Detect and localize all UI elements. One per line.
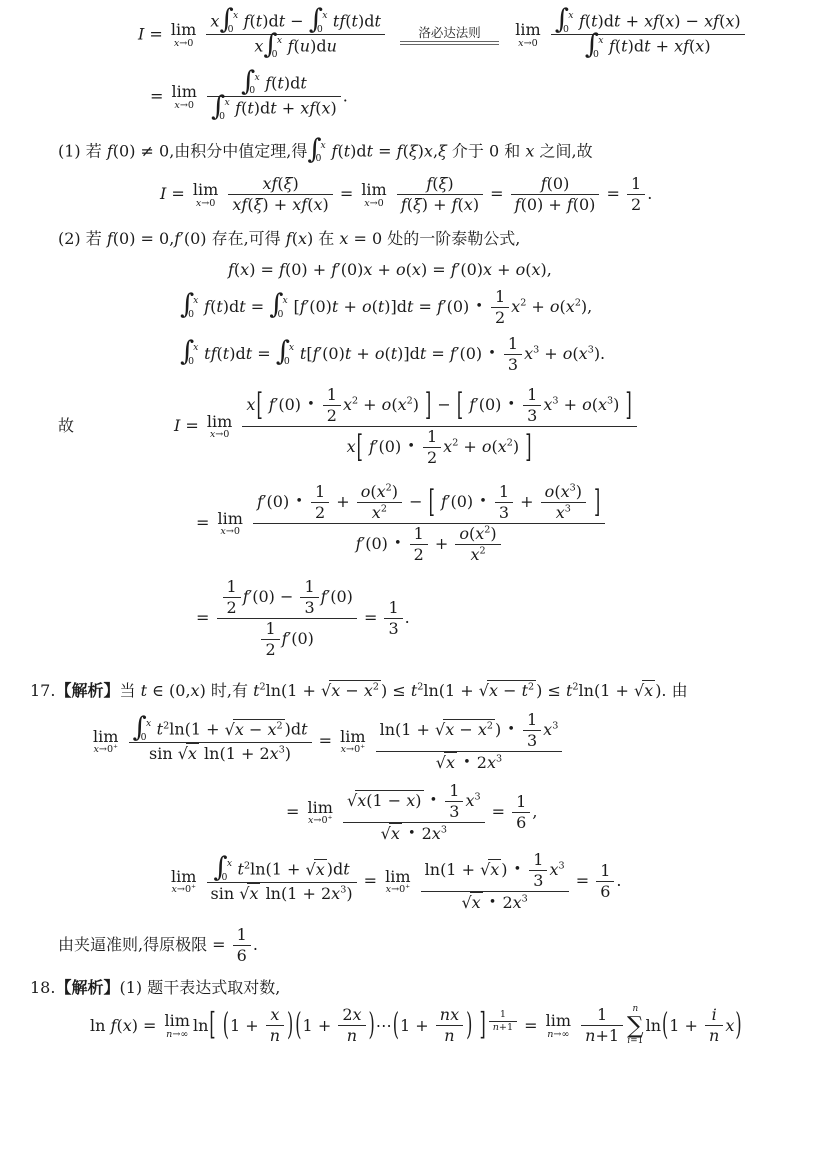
line-eq-17-3: limx→0+ ∫x0 t2ln(1 + √x)dtsin √x ln(1 + …: [168, 850, 786, 913]
document-page: I = limx→0 x∫x0 f(t)dt − ∫x0 tf(t)dtx∫x0…: [0, 0, 814, 1169]
line-eq-17-1: limx→0+ ∫x0 t2ln(1 + √x − x2)dtsin √x ln…: [90, 710, 786, 773]
line-eq-taylor: f(x) = f(0) + f′(0)x + o(x) = f′(0)x + o…: [228, 260, 786, 281]
line-label: 故: [58, 416, 74, 437]
line-eq-hopital-2: = limx→0 ∫x0 f(t)dt∫x0 f(t)dt + xf(x).: [150, 72, 786, 122]
line-para-squeeze: 由夹逼准则,得原极限 = 16.: [58, 925, 786, 966]
line-para-18: 18.【解析】(1) 题干表达式取对数,: [30, 978, 786, 999]
line-eq-I-sub2: = limx→0 f′(0) • 12 + o(x2)x2 − [ f′(0) …: [196, 482, 786, 565]
equation-body: I = limx→0 x[ f′(0) • 12x2 + o(x2) ] − […: [174, 416, 639, 435]
line-eq-int-f: ∫x0 f(t)dt = ∫x0 [f′(0)t + o(t)]dt = f′(…: [180, 287, 786, 328]
line-eq-I-final: = 12f′(0) − 13f′(0)12f′(0) = 13.: [196, 577, 786, 660]
line-eq-case1: I = limx→0 xf(ξ)xf(ξ) + xf(x) = limx→0 f…: [160, 174, 786, 215]
line-eq-18: ln f(x) = limn→∞ln[ (1 + xn)(1 + 2xn)⋯(1…: [90, 1005, 786, 1048]
line-eq-hopital: I = limx→0 x∫x0 f(t)dt − ∫x0 tf(t)dtx∫x0…: [138, 10, 786, 60]
solution-content: I = limx→0 x∫x0 f(t)dt − ∫x0 tf(t)dtx∫x0…: [28, 10, 786, 1047]
line-para-case1: (1) 若 f(0) ≠ 0,由积分中值定理,得∫x0 f(t)dt = f(ξ…: [58, 140, 786, 164]
line-eq-int-tf: ∫x0 tf(t)dt = ∫x0 t[f′(0)t + o(t)]dt = f…: [180, 334, 786, 375]
line-eq-17-2: = limx→0+ √x(1 − x) • 13x3√x • 2x3 = 16,: [286, 781, 786, 844]
line-eq-I-sub: 故I = limx→0 x[ f′(0) • 12x2 + o(x2) ] − …: [58, 385, 786, 468]
line-para-17: 17.【解析】当 t ∈ (0,x) 时,有 t2ln(1 + √x − x2)…: [30, 680, 786, 702]
line-para-case2: (2) 若 f(0) = 0,f′(0) 存在,可得 f(x) 在 x = 0 …: [58, 229, 786, 250]
